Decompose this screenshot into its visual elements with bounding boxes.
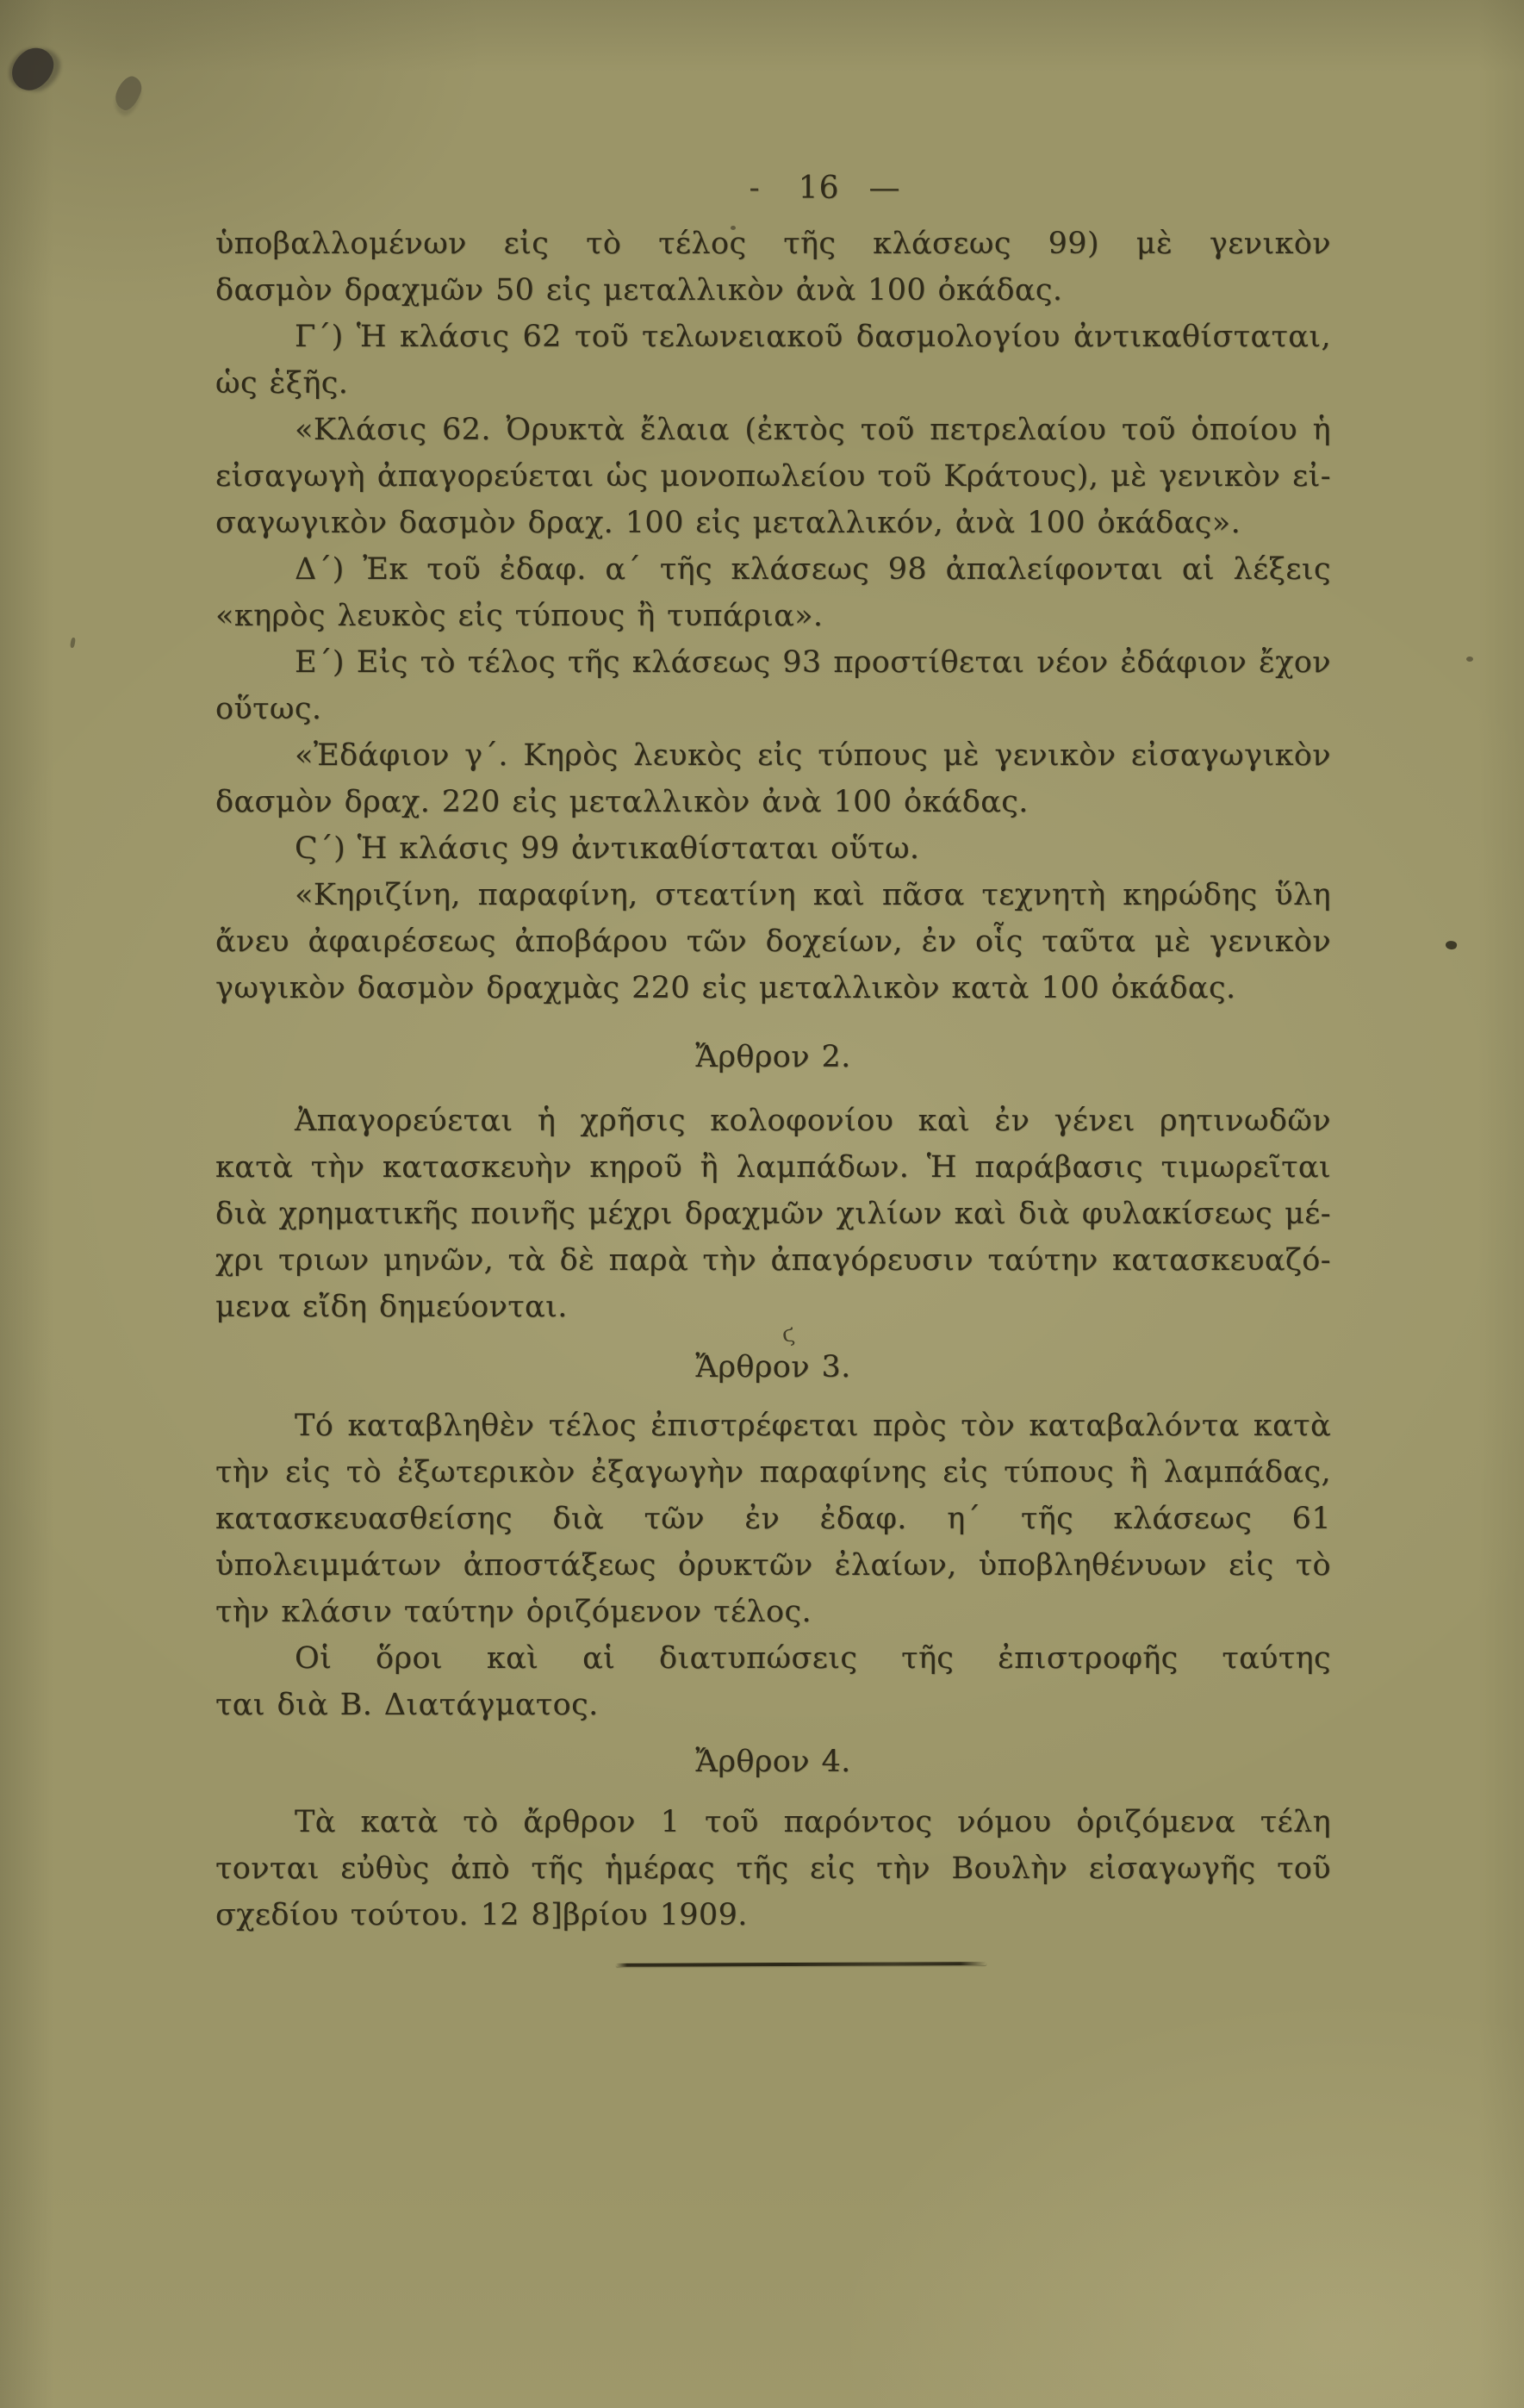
text-line: τονται εὐθὺς ἀπὸ τῆς ἡμέρας τῆς εἰς τὴν … — [215, 1845, 1331, 1892]
text-line: Τό καταβληθὲν τέλος ἐπιστρέφεται πρὸς τὸ… — [215, 1403, 1331, 1449]
text-column: ὑποβαλλομένων εἰς τὸ τέλος τῆς κλάσεως 9… — [215, 221, 1331, 1966]
text-line: Ϛ΄) Ἡ κλάσις 99 ἀντικαθίσταται οὕτω. — [215, 825, 1331, 872]
paragraph: Ἀπαγορεύεται ἡ χρῆσις κολοφονίου καὶ ἐν … — [215, 1098, 1331, 1330]
text-line: τὴν κλάσιν ταύτην ὁριζόμενον τέλος. — [215, 1589, 1331, 1635]
text-line: ἄνευ ἀφαιρέσεως ἀποβάρου τῶν δοχείων, ἐν… — [215, 918, 1331, 965]
paragraph: Δ΄) Ἐκ τοῦ ἐδαφ. α΄ τῆς κλάσεως 98 ἀπαλε… — [215, 546, 1331, 639]
page-number: 16 — [799, 171, 840, 206]
paragraph: Ε΄) Εἰς τὸ τέλος τῆς κλάσεως 93 προστίθε… — [215, 639, 1331, 732]
paragraph: Ϛ΄) Ἡ κλάσις 99 ἀντικαθίσταται οὕτω. — [215, 825, 1331, 872]
text-line: ὑποβαλλομένων εἰς τὸ τέλος τῆς κλάσεως 9… — [215, 221, 1331, 267]
text-line: Δ΄) Ἐκ τοῦ ἐδαφ. α΄ τῆς κλάσεως 98 ἀπαλε… — [215, 546, 1331, 593]
text-line: δασμὸν δραχμῶν 50 εἰς μεταλλικὸν ἀνὰ 100… — [215, 267, 1331, 314]
text-line: δασμὸν δραχ. 220 εἰς μεταλλικὸν ἀνὰ 100 … — [215, 779, 1331, 825]
text-line: μενα εἴδη δημεύονται. — [215, 1284, 1331, 1330]
ink-speck — [1466, 656, 1473, 662]
text-line: Τὰ κατὰ τὸ ἄρθρον 1 τοῦ παρόντος νόμου ὁ… — [215, 1799, 1331, 1845]
ink-blot — [3, 41, 61, 97]
text-line: «Κηριζίνη, παραφίνη, στεατίνη καὶ πᾶσα τ… — [215, 872, 1331, 918]
paragraph: Οἱ ὅροι καὶ αἱ διατυπώσεις τῆς ἐπιστροφῆ… — [215, 1635, 1331, 1728]
paragraph: «Κηριζίνη, παραφίνη, στεατίνη καὶ πᾶσα τ… — [215, 872, 1331, 1011]
article-heading: Ἄρθρον 3. — [215, 1344, 1331, 1391]
paragraph: ὑποβαλλομένων εἰς τὸ τέλος τῆς κλάσεως 9… — [215, 221, 1331, 314]
text-line: οὕτως. — [215, 686, 1331, 732]
text-line: «Ἐδάφιον γ΄. Κηρὸς λευκὸς εἰς τύπους μὲ … — [215, 732, 1331, 779]
text-line: «Κλάσις 62. Ὀρυκτὰ ἔλαια (ἐκτὸς τοῦ πετρ… — [215, 407, 1331, 453]
text-line: σχεδίου τούτου. 12 8]βρίου 1909. — [215, 1892, 1331, 1938]
text-line: Ε΄) Εἰς τὸ τέλος τῆς κλάσεως 93 προστίθε… — [215, 639, 1331, 686]
paragraph: Τὰ κατὰ τὸ ἄρθρον 1 τοῦ παρόντος νόμου ὁ… — [215, 1799, 1331, 1938]
ink-speck — [70, 638, 76, 649]
text-line: τὴν εἰς τὸ ἐξωτερικὸν ἐξαγωγὴν παραφίνης… — [215, 1449, 1331, 1496]
text-line: διὰ χρηματικῆς ποινῆς μέχρι δραχμῶν χιλί… — [215, 1191, 1331, 1237]
paragraph: Τό καταβληθὲν τέλος ἐπιστρέφεται πρὸς τὸ… — [215, 1403, 1331, 1635]
article-heading: Ἄρθρον 4. — [215, 1739, 1331, 1785]
paragraph: Γ΄) Ἡ κλάσις 62 τοῦ τελωνειακοῦ δασμολογ… — [215, 314, 1331, 407]
text-line: χρι τριων μηνῶν, τὰ δὲ παρὰ τὴν ἀπαγόρευ… — [215, 1237, 1331, 1284]
paragraph: «Κλάσις 62. Ὀρυκτὰ ἔλαια (ἐκτὸς τοῦ πετρ… — [215, 407, 1331, 546]
page-number-dash-left: - — [750, 171, 761, 206]
text-line: ὡς ἑξῆς. — [215, 360, 1331, 407]
ink-smudge — [111, 72, 146, 113]
text-line: γωγικὸν δασμὸν δραχμὰς 220 εἰς μεταλλικὸ… — [215, 965, 1331, 1011]
text-line: κατασκευασθείσης διὰ τῶν ἐν ἐδαφ. η΄ τῆς… — [215, 1496, 1331, 1542]
text-line: «κηρὸς λευκὸς εἰς τύπους ἢ τυπάρια». — [215, 593, 1331, 639]
text-line: Οἱ ὅροι καὶ αἱ διατυπώσεις τῆς ἐπιστροφῆ… — [215, 1635, 1331, 1682]
text-line: κατὰ τὴν κατασκευὴν κηροῦ ἢ λαμπάδων. Ἡ … — [215, 1144, 1331, 1191]
text-line: Γ΄) Ἡ κλάσις 62 τοῦ τελωνειακοῦ δασμολογ… — [215, 314, 1331, 360]
page-number-dash-right: — — [868, 171, 900, 206]
text-line: ὑπολειμμάτων ἀποστάξεως ὀρυκτῶν ἐλαίων, … — [215, 1542, 1331, 1589]
article-heading: Ἄρθρον 2. — [215, 1034, 1331, 1080]
text-line: ται διὰ Β. Διατάγματος. — [215, 1682, 1331, 1728]
scanned-document-page: -16— ϛ ὑποβαλλομένων εἰς τὸ τέλος τῆς κλ… — [0, 0, 1524, 2408]
end-divider-rule — [616, 1962, 986, 1967]
text-line: εἰσαγωγὴ ἀπαγορεύεται ὡς μονοπωλείου τοῦ… — [215, 453, 1331, 500]
page-header: -16— — [215, 171, 1383, 206]
paragraph: «Ἐδάφιον γ΄. Κηρὸς λευκὸς εἰς τύπους μὲ … — [215, 732, 1331, 825]
ink-speck — [1445, 939, 1458, 950]
text-line: Ἀπαγορεύεται ἡ χρῆσις κολοφονίου καὶ ἐν … — [215, 1098, 1331, 1144]
text-line: σαγωγικὸν δασμὸν δραχ. 100 εἰς μεταλλικό… — [215, 500, 1331, 546]
